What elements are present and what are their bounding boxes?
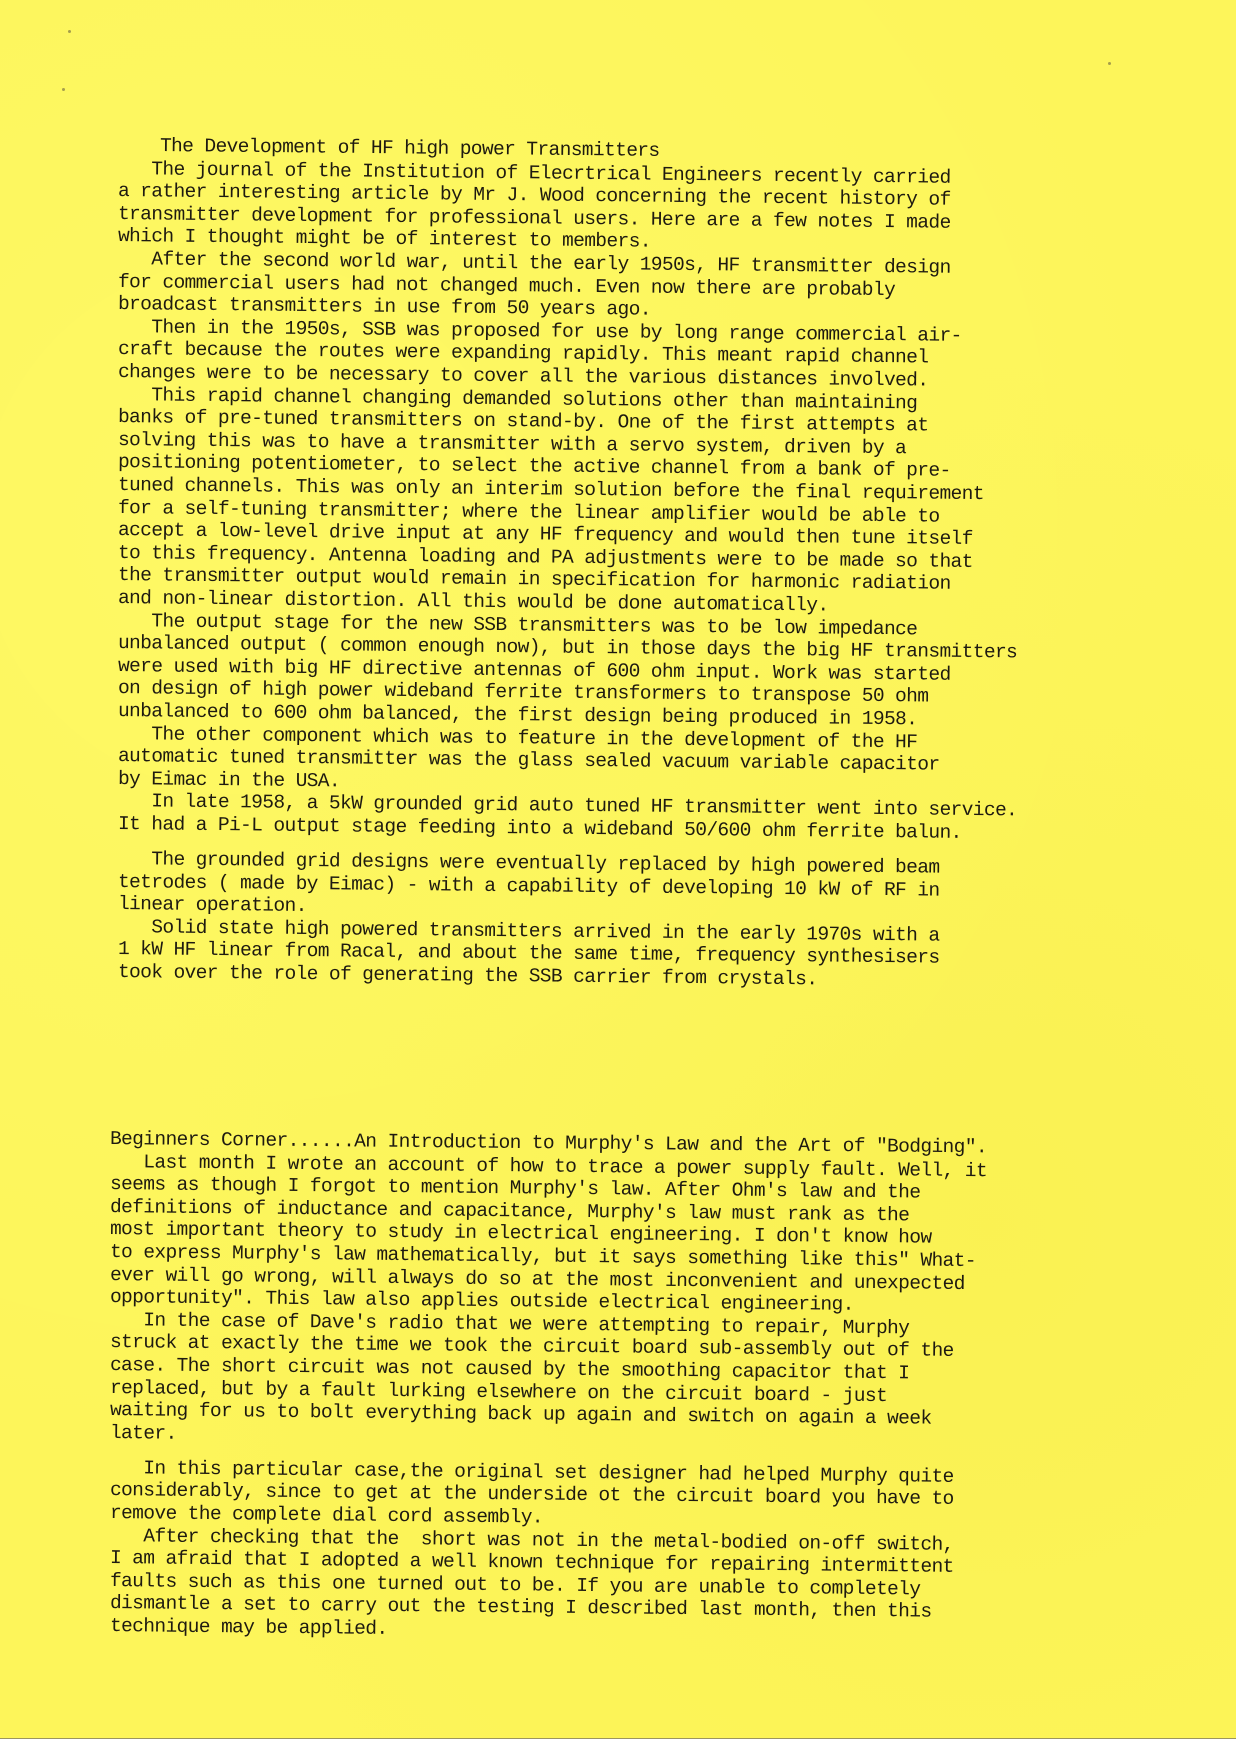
text-line: technique may be applied. xyxy=(110,1615,388,1640)
text-line: linear operation. xyxy=(118,893,307,917)
paper-speck xyxy=(1108,62,1111,65)
article-title: The Development of HF high power Transmi… xyxy=(160,135,660,162)
text-line: remove the complete dial cord assembly. xyxy=(110,1502,543,1529)
scanned-page: The Development of HF high power Transmi… xyxy=(0,0,1236,1754)
typed-document: The Development of HF high power Transmi… xyxy=(0,0,1236,1738)
text-line: later. xyxy=(110,1422,177,1445)
paper-speck xyxy=(68,30,71,33)
text-line: by Eimac in the USA. xyxy=(118,768,340,792)
page-bottom-edge xyxy=(0,1738,1236,1754)
paper-speck xyxy=(62,88,65,91)
